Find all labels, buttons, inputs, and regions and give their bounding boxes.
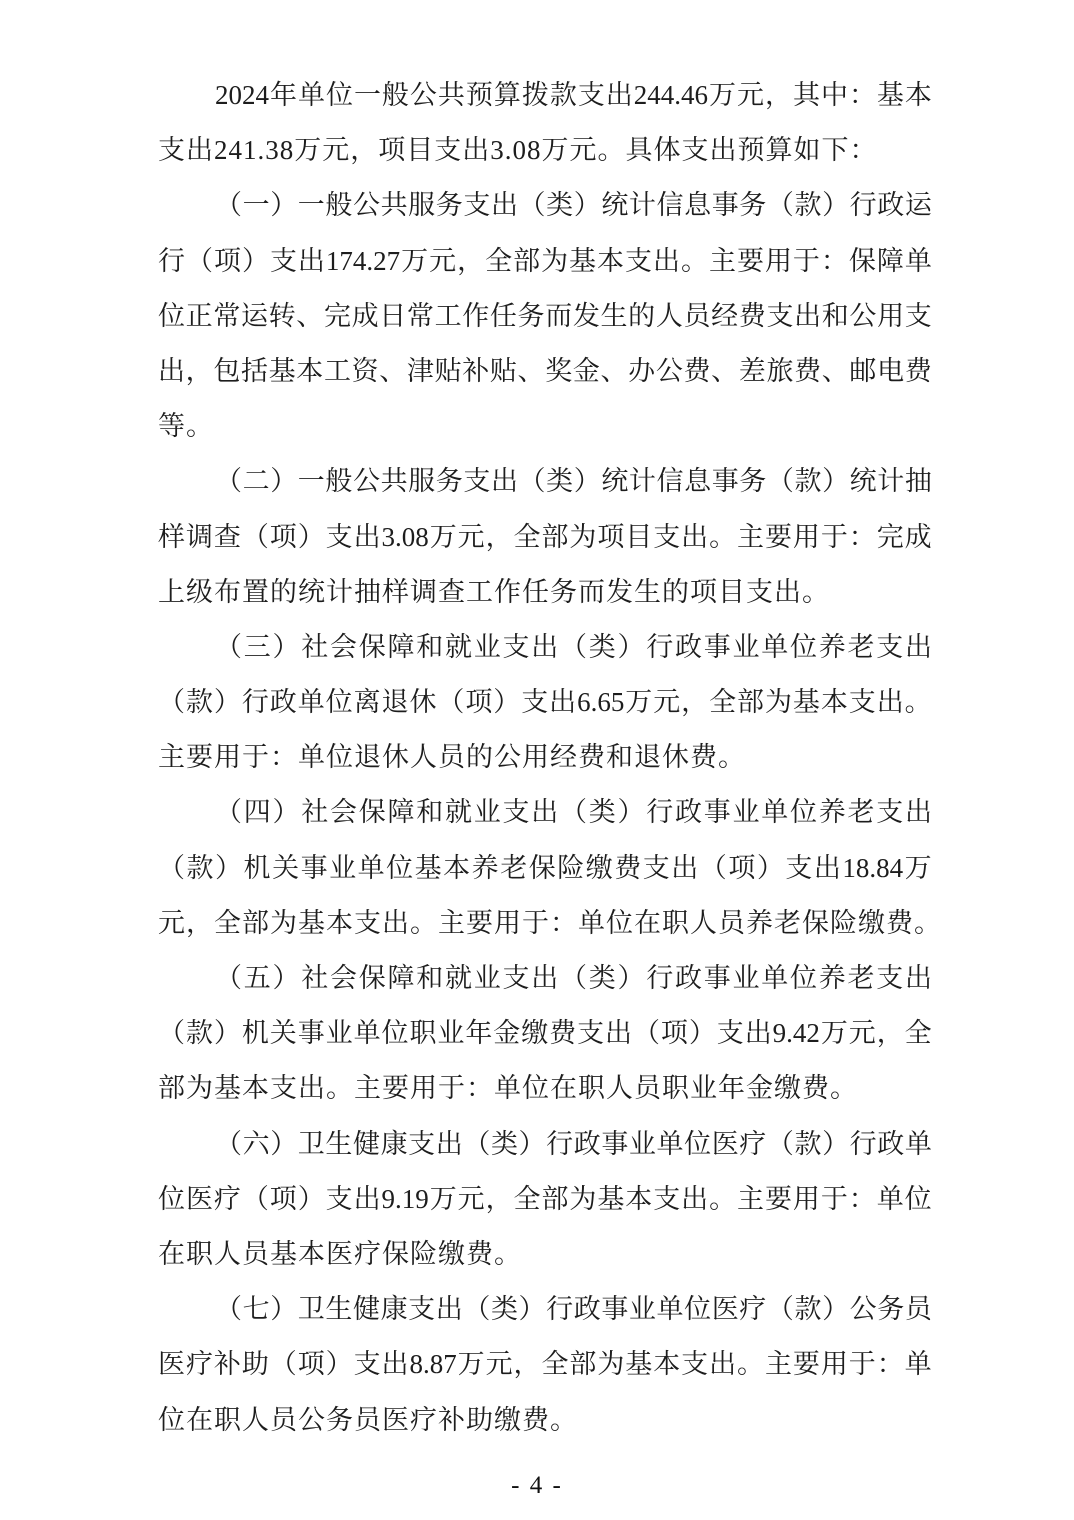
paragraph-2-line-3: 位正常运转、完成日常工作任务而发生的人员经费支出和公用支 [158,289,932,344]
paragraph-6-line-3: 部为基本支出。主要用于：单位在职人员职业年金缴费。 [158,1061,932,1116]
paragraph-5-line-1: （四）社会保障和就业支出（类）行政事业单位养老支出 [158,785,932,840]
paragraph-7-line-2: 位医疗（项）支出9.19万元，全部为基本支出。主要用于：单位 [158,1172,932,1227]
paragraph-1-line-1: 2024年单位一般公共预算拨款支出244.46万元，其中：基本 [158,68,932,123]
paragraph-2-line-2: 行（项）支出174.27万元，全部为基本支出。主要用于：保障单 [158,234,932,289]
paragraph-2-line-1: （一）一般公共服务支出（类）统计信息事务（款）行政运 [158,178,932,233]
paragraph-2-line-4: 出，包括基本工资、津贴补贴、奖金、办公费、差旅费、邮电费 [158,344,932,399]
paragraph-3-line-2: 样调查（项）支出3.08万元，全部为项目支出。主要用于：完成 [158,510,932,565]
paragraph-6-line-2: （款）机关事业单位职业年金缴费支出（项）支出9.42万元，全 [158,1006,932,1061]
paragraph-7-line-3: 在职人员基本医疗保险缴费。 [158,1227,932,1282]
paragraph-4-line-2: （款）行政单位离退休（项）支出6.65万元，全部为基本支出。 [158,675,932,730]
paragraph-5-line-2: （款）机关事业单位基本养老保险缴费支出（项）支出18.84万 [158,841,932,896]
paragraph-5-line-3: 元，全部为基本支出。主要用于：单位在职人员养老保险缴费。 [158,896,932,951]
paragraph-8-line-3: 位在职人员公务员医疗补助缴费。 [158,1393,932,1448]
paragraph-8-line-2: 医疗补助（项）支出8.87万元，全部为基本支出。主要用于：单 [158,1337,932,1392]
paragraph-2-line-5: 等。 [158,399,932,454]
paragraph-3-line-3: 上级布置的统计抽样调查工作任务而发生的项目支出。 [158,565,932,620]
paragraph-7-line-1: （六）卫生健康支出（类）行政事业单位医疗（款）行政单 [158,1117,932,1172]
paragraph-4-line-1: （三）社会保障和就业支出（类）行政事业单位养老支出 [158,620,932,675]
paragraph-4-line-3: 主要用于：单位退休人员的公用经费和退休费。 [158,730,932,785]
page-footer: - 4 - [0,1472,1074,1500]
paragraph-8-line-1: （七）卫生健康支出（类）行政事业单位医疗（款）公务员 [158,1282,932,1337]
paragraph-1-line-2: 支出241.38万元，项目支出3.08万元。具体支出预算如下： [158,123,932,178]
page-number: - 4 - [511,1472,563,1499]
document-body: 2024年单位一般公共预算拨款支出244.46万元，其中：基本支出241.38万… [158,68,932,1448]
paragraph-3-line-1: （二）一般公共服务支出（类）统计信息事务（款）统计抽 [158,454,932,509]
document-page: 2024年单位一般公共预算拨款支出244.46万元，其中：基本支出241.38万… [0,0,1074,1520]
paragraph-6-line-1: （五）社会保障和就业支出（类）行政事业单位养老支出 [158,951,932,1006]
